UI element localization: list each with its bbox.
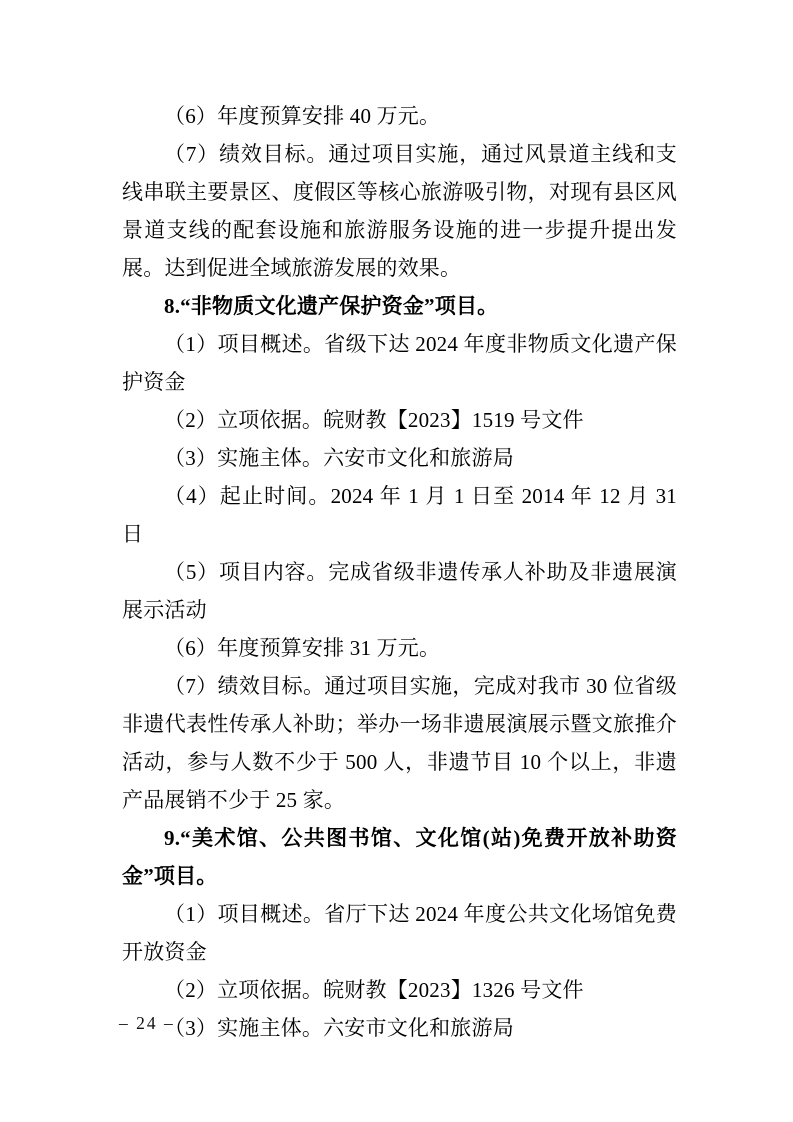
para-p8-item4-duration: （4）起止时间。2024 年 1 月 1 日至 2014 年 12 月 31 日 bbox=[122, 477, 677, 553]
heading-project-8-intangible-heritage-fund: 8.“非物质文化遗产保护资金”项目。 bbox=[122, 287, 677, 325]
para-p8-item7-performance-goal: （7）绩效目标。通过项目实施，完成对我市 30 位省级非遗代表性传承人补助；举办… bbox=[122, 667, 677, 819]
para-p9-item2-basis: （2）立项依据。皖财教【2023】1326 号文件 bbox=[122, 971, 677, 1009]
page-number: – 24 – bbox=[119, 1013, 175, 1034]
document-page: （6）年度预算安排 40 万元。 （7）绩效目标。通过项目实施，通过风景道主线和… bbox=[0, 0, 793, 1122]
para-p8-item3-implementer: （3）实施主体。六安市文化和旅游局 bbox=[122, 439, 677, 477]
para-p8-item6-budget-31: （6）年度预算安排 31 万元。 bbox=[122, 629, 677, 667]
para-p9-item1-overview: （1）项目概述。省厅下达 2024 年度公共文化场馆免费开放资金 bbox=[122, 895, 677, 971]
para-p8-item2-basis: （2）立项依据。皖财教【2023】1519 号文件 bbox=[122, 401, 677, 439]
para-p9-item3-implementer: （3）实施主体。六安市文化和旅游局 bbox=[122, 1009, 677, 1047]
para-p8-item1-overview: （1）项目概述。省级下达 2024 年度非物质文化遗产保护资金 bbox=[122, 325, 677, 401]
para-p8-item5-content: （5）项目内容。完成省级非遗传承人补助及非遗展演展示活动 bbox=[122, 553, 677, 629]
para-item7-performance-goal: （7）绩效目标。通过项目实施，通过风景道主线和支线串联主要景区、度假区等核心旅游… bbox=[122, 135, 677, 287]
document-body: （6）年度预算安排 40 万元。 （7）绩效目标。通过项目实施，通过风景道主线和… bbox=[122, 97, 677, 1047]
heading-project-9-free-admission-subsidy-fund: 9.“美术馆、公共图书馆、文化馆(站)免费开放补助资金”项目。 bbox=[122, 819, 677, 895]
para-item6-budget-40: （6）年度预算安排 40 万元。 bbox=[122, 97, 677, 135]
